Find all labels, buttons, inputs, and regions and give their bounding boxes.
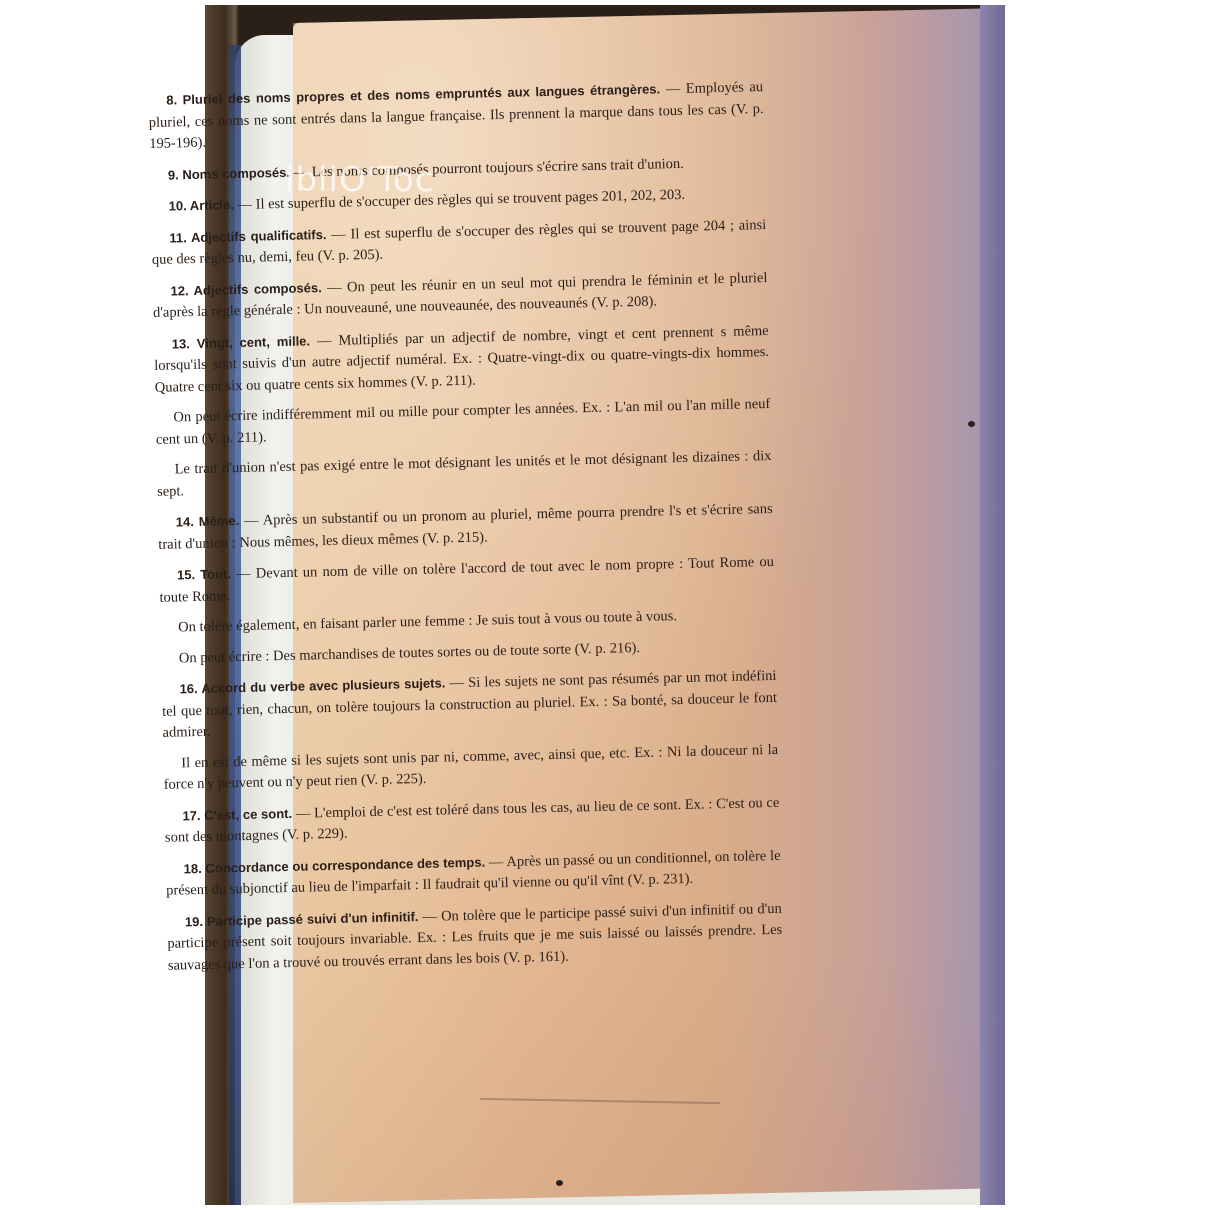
- rule-text: On tolère également, en faisant parler u…: [178, 608, 677, 635]
- paragraph: 8. Pluriel des noms propres et des noms …: [148, 76, 764, 155]
- paragraph: 10. Article. — Il est superflu de s'occu…: [150, 182, 765, 218]
- rule-heading: 15. Tout.: [177, 566, 231, 582]
- rule-heading: 10. Article.: [168, 197, 234, 213]
- rule-text: On peut écrire : Des marchandises de tou…: [179, 639, 640, 665]
- paragraph: 11. Adjectifs qualificatifs. — Il est su…: [151, 214, 767, 272]
- paragraph: 18. Concordance ou correspondance des te…: [165, 844, 781, 902]
- paragraph: 16. Accord du verbe avec plusieurs sujet…: [161, 665, 777, 744]
- paragraph: 9. Noms composés. — Les noms composés po…: [150, 151, 765, 187]
- paragraph: 19. Participe passé suivi d'un infinitif…: [167, 897, 783, 976]
- rule-text: Il en est de même si les sujets sont uni…: [164, 741, 779, 792]
- rule-text: Le trait d'union n'est pas exigé entre l…: [157, 448, 772, 499]
- paragraph: Il en est de même si les sujets sont uni…: [163, 739, 779, 796]
- paragraph: Le trait d'union n'est pas exigé entre l…: [156, 446, 772, 503]
- ink-spot: [968, 421, 975, 427]
- paragraph: 17. C'est, ce sont. — L'emploi de c'est …: [164, 791, 780, 849]
- ink-spot: [556, 1180, 563, 1186]
- rule-heading: 16. Accord du verbe avec plusieurs sujet…: [179, 675, 445, 696]
- rule-heading: 11. Adjectifs qualificatifs.: [169, 226, 326, 245]
- paragraph: On tolère également, en faisant parler u…: [160, 604, 775, 639]
- rule-text: — Devant un nom de ville on tolère l'acc…: [159, 554, 774, 605]
- watermark: ibliO'Toc: [285, 160, 435, 200]
- paragraph: 13. Vingt, cent, mille. — Multipliés par…: [154, 319, 770, 398]
- rule-heading: 12. Adjectifs composés.: [170, 280, 322, 298]
- rule-heading: 14. Même.: [176, 513, 240, 529]
- rule-text: — Après un substantif ou un pronom au pl…: [158, 501, 773, 552]
- rule-heading: 9. Noms composés.: [168, 164, 290, 182]
- rule-heading: 17. C'est, ce sont.: [182, 805, 292, 822]
- paragraph: 12. Adjectifs composés. — On peut les ré…: [152, 266, 768, 324]
- paragraph: 15. Tout. — Devant un nom de ville on to…: [159, 551, 775, 609]
- page-right-shadow: [980, 5, 1005, 1205]
- paragraph: On peut écrire indifféremment mil ou mil…: [155, 394, 771, 451]
- page-text: 8. Pluriel des noms propres et des noms …: [148, 76, 783, 986]
- rule-heading: 19. Participe passé suivi d'un infinitif…: [185, 909, 419, 929]
- paragraph: 14. Même. — Après un substantif ou un pr…: [158, 498, 774, 556]
- rule-text: On peut écrire indifféremment mil ou mil…: [156, 396, 771, 447]
- rule-heading: 13. Vingt, cent, mille.: [172, 333, 311, 351]
- paragraph: On peut écrire : Des marchandises de tou…: [161, 634, 776, 669]
- rule-heading: 18. Concordance ou correspondance des te…: [183, 854, 485, 876]
